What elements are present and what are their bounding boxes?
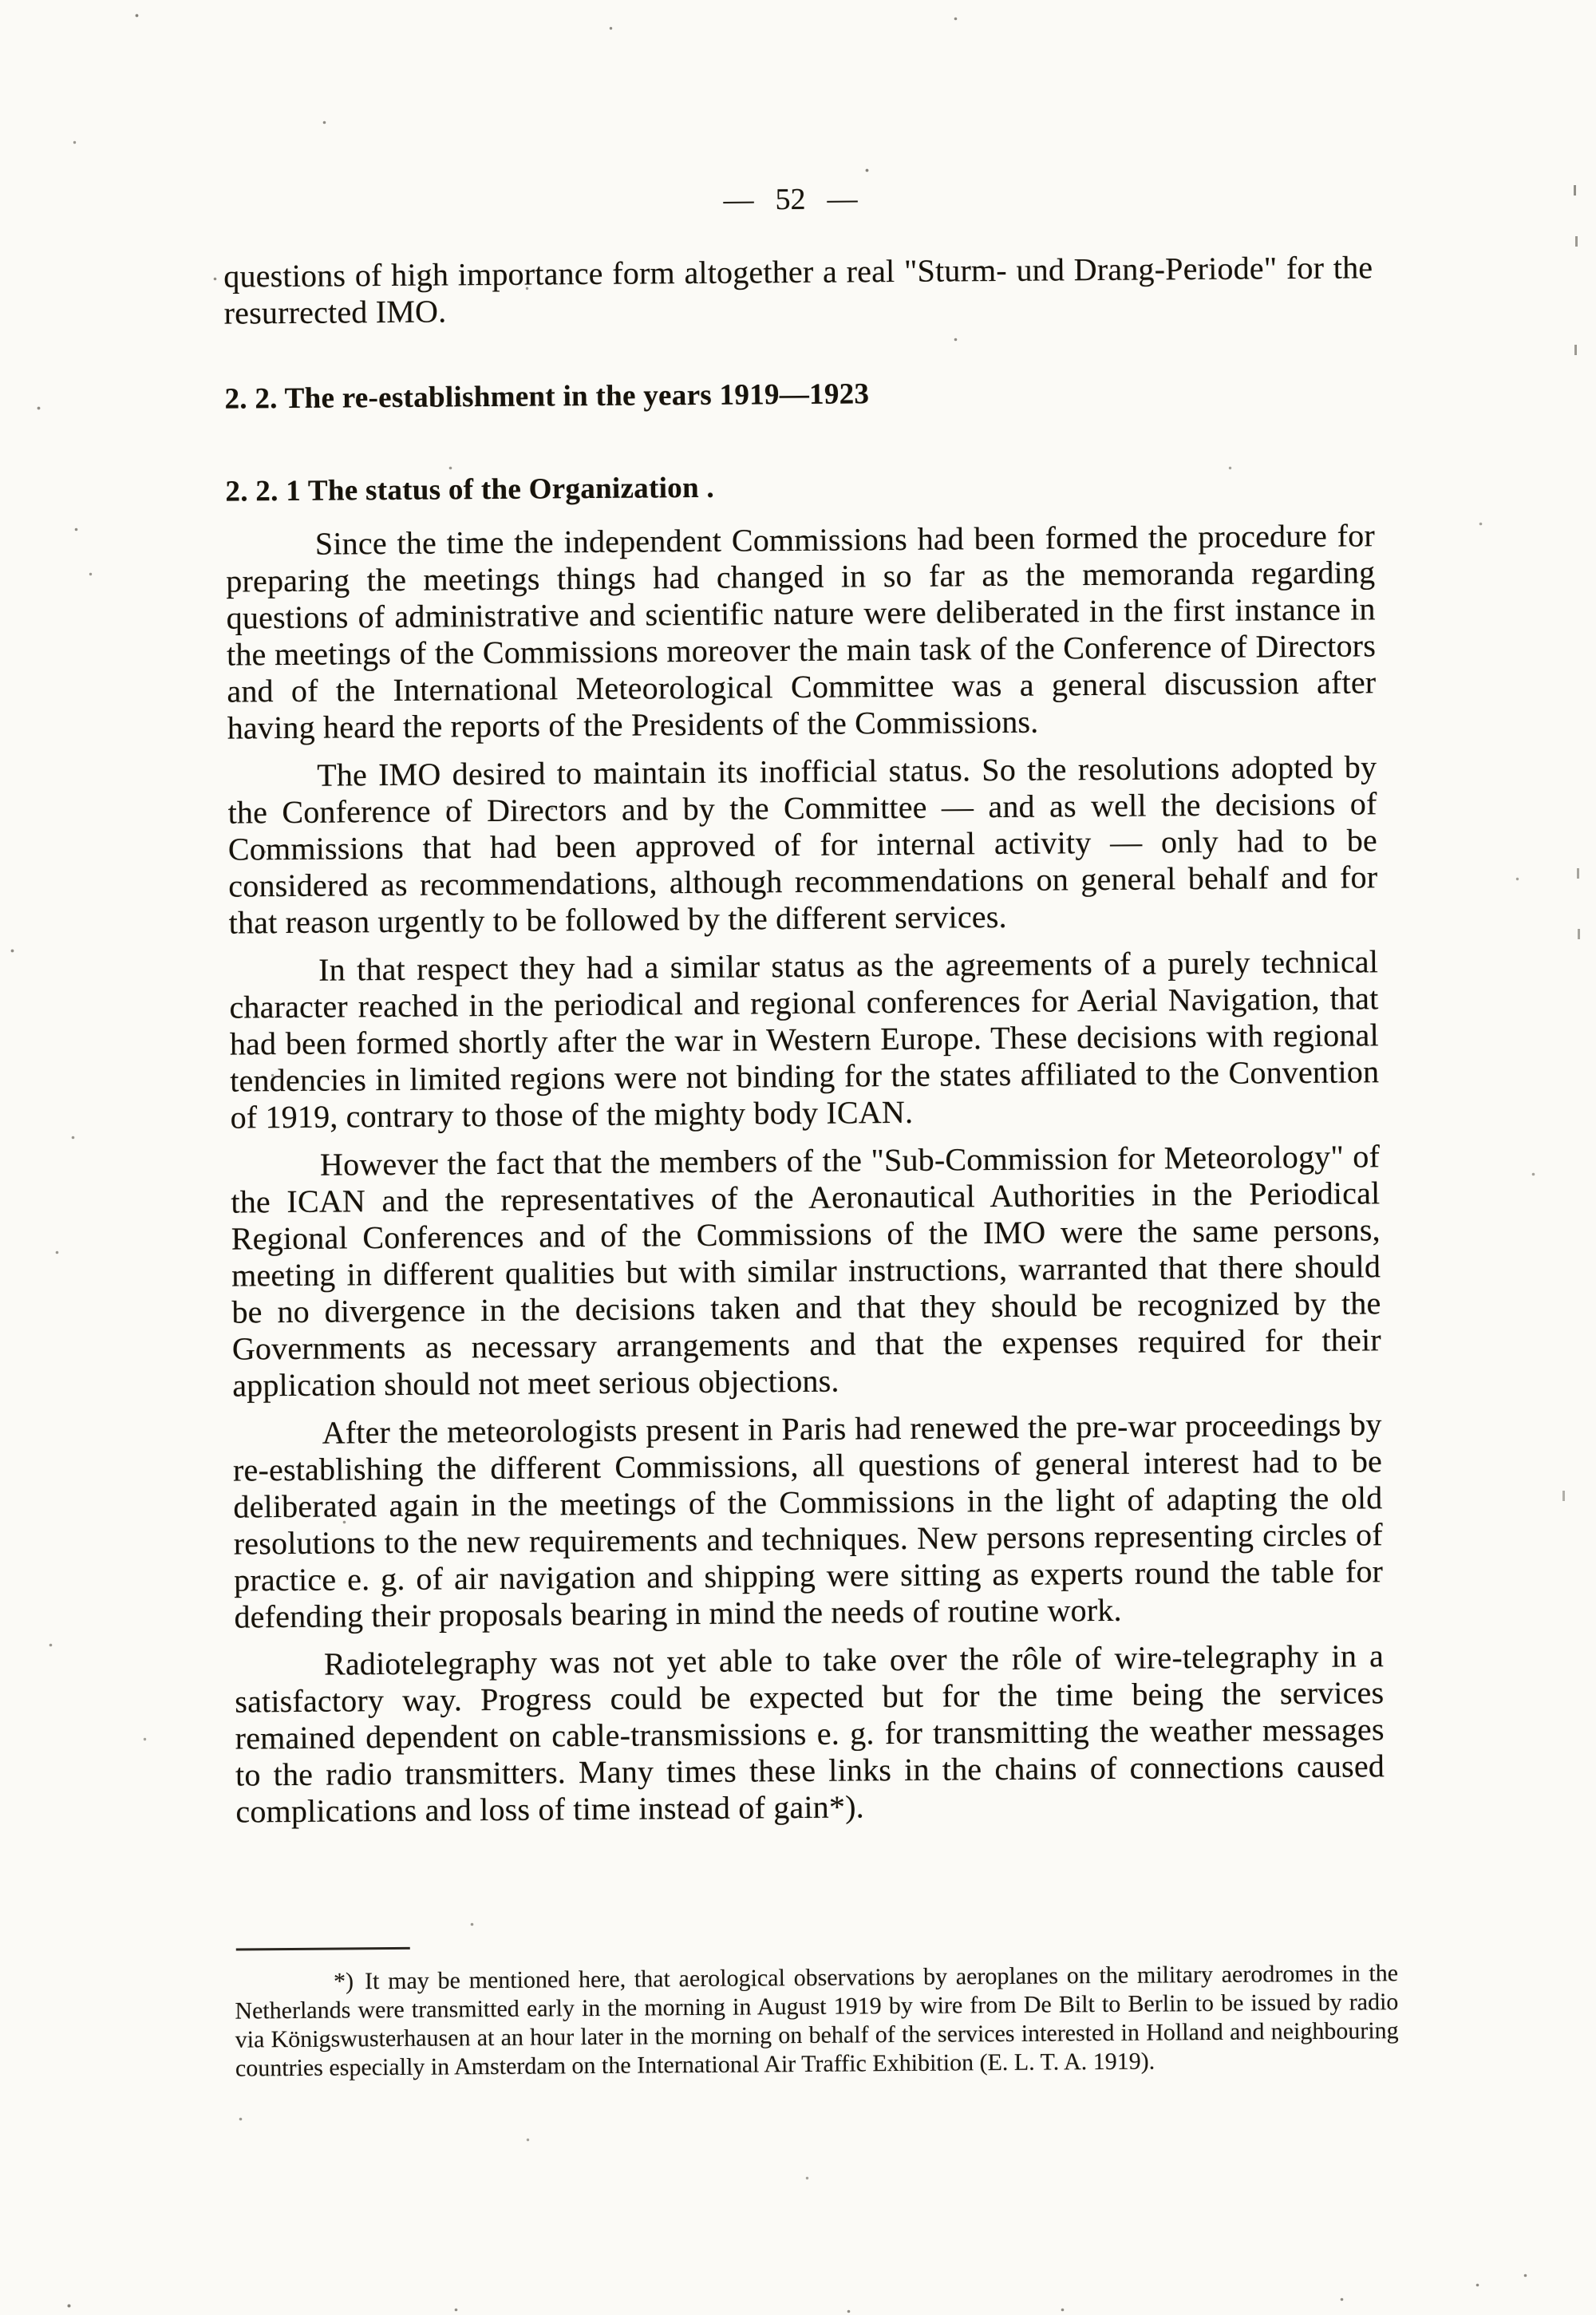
footnote-marker: *) [334, 1968, 354, 1994]
scan-content: —52— questions of high importance form a… [0, 0, 1596, 2315]
paragraph-sub-commission: However the fact that the members of the… [231, 1138, 1381, 1404]
page-number-value: 52 [775, 183, 805, 216]
paragraph-radiotelegraphy: Radiotelegraphy was not yet able to take… [235, 1637, 1385, 1830]
continuation-paragraph: questions of high importance form altoge… [223, 249, 1373, 331]
page-number: —52— [0, 176, 1589, 223]
paragraph-status-procedure: Since the time the independent Commissio… [226, 517, 1377, 746]
subsection-heading: 2. 2. 1 The status of the Organization . [225, 464, 1374, 510]
section-heading: 2. 2. The re-establishment in the years … [224, 372, 1373, 417]
footnote-text: *)It may be mentioned here, that aerolog… [235, 1959, 1399, 2083]
footnote-divider [236, 1947, 410, 1951]
footnote-section: *)It may be mentioned here, that aerolog… [235, 1939, 1399, 2083]
page-number-dash-left: — [723, 183, 753, 216]
paragraph-inofficial-status: The IMO desired to maintain its inoffici… [227, 749, 1378, 941]
scanned-page: —52— questions of high importance form a… [0, 0, 1596, 2315]
paragraph-paris-meetings: After the meteorologists present in Pari… [233, 1406, 1384, 1635]
page-body: questions of high importance form altoge… [223, 249, 1385, 1830]
paragraph-aerial-navigation: In that respect they had a similar statu… [229, 943, 1380, 1136]
footnote-body: It may be mentioned here, that aerologic… [235, 1960, 1398, 2081]
scan-speckle [0, 0, 2, 2]
page-number-dash-right: — [827, 182, 857, 215]
